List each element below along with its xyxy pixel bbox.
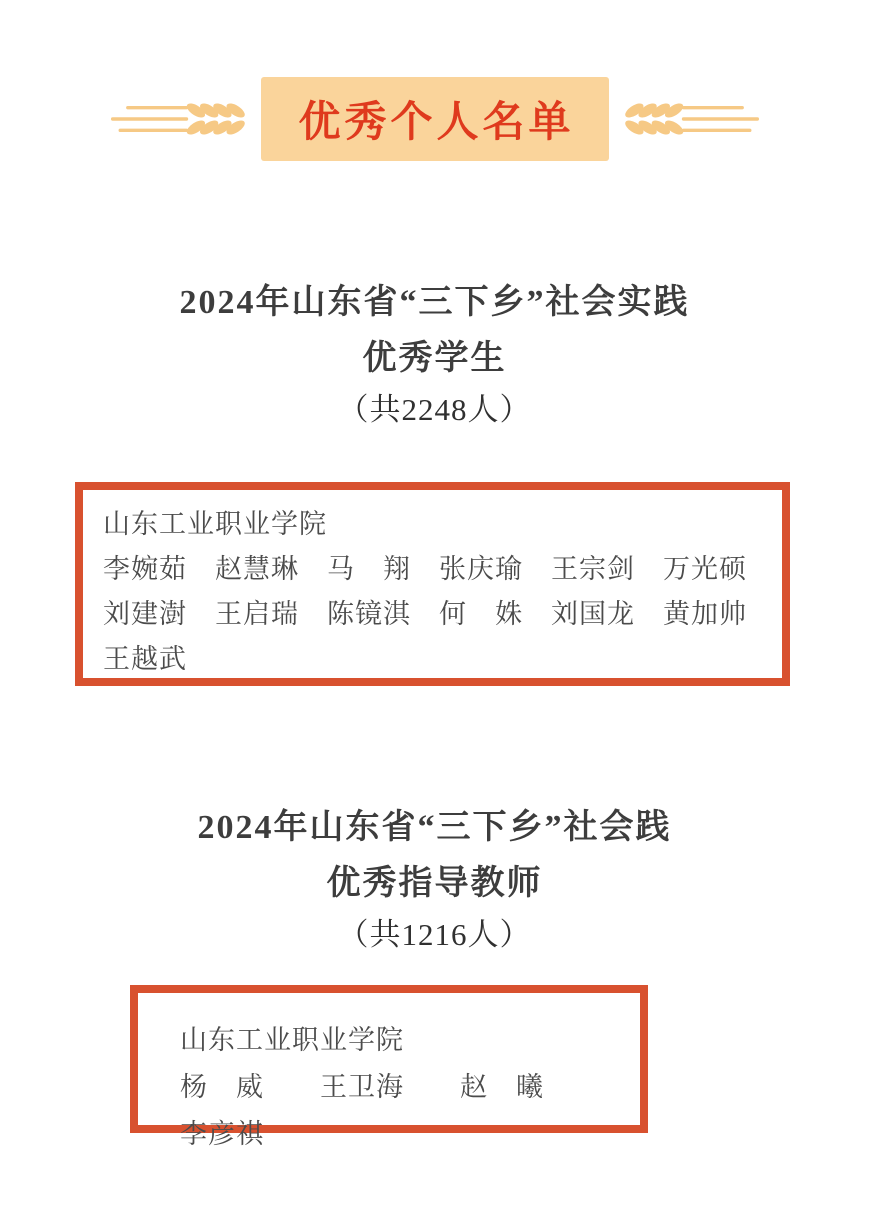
name-row: 王越武: [103, 637, 768, 682]
students-section-title: 2024年山东省“三下乡”社会实践 优秀学生: [0, 275, 869, 387]
name-row: 李婉茹 赵慧琳 马 翔 张庆瑜 王宗剑 万光硕: [103, 547, 768, 592]
wheat-ornament-right-icon: [623, 91, 763, 147]
students-list-box: 山东工业职业学院 李婉茹 赵慧琳 马 翔 张庆瑜 王宗剑 万光硕 刘建澍 王启瑞…: [75, 482, 790, 686]
header-banner-group: 优秀个人名单: [0, 0, 869, 161]
institution-name: 山东工业职业学院: [180, 1017, 626, 1064]
students-count: （共2248人）: [0, 388, 869, 432]
teachers-count: （共1216人）: [0, 913, 869, 957]
teachers-title-line1: 2024年山东省“三下乡”社会践: [0, 800, 869, 856]
name-row: 杨 威 王卫海 赵 曦 李彦祺: [180, 1064, 626, 1158]
teachers-section-title: 2024年山东省“三下乡”社会践 优秀指导教师: [0, 800, 869, 912]
wheat-ornament-left-icon: [107, 91, 247, 147]
institution-name: 山东工业职业学院: [103, 502, 768, 547]
page-root: 优秀个人名单: [0, 0, 869, 1207]
students-title-line2: 优秀学生: [0, 331, 869, 387]
name-row: 刘建澍 王启瑞 陈镜淇 何 姝 刘国龙 黄加帅: [103, 592, 768, 637]
students-title-line1: 2024年山东省“三下乡”社会实践: [0, 275, 869, 331]
banner: 优秀个人名单: [261, 77, 609, 161]
teachers-title-line2: 优秀指导教师: [0, 856, 869, 912]
banner-title: 优秀个人名单: [294, 89, 574, 149]
teachers-list-box: 山东工业职业学院 杨 威 王卫海 赵 曦 李彦祺: [130, 985, 648, 1133]
